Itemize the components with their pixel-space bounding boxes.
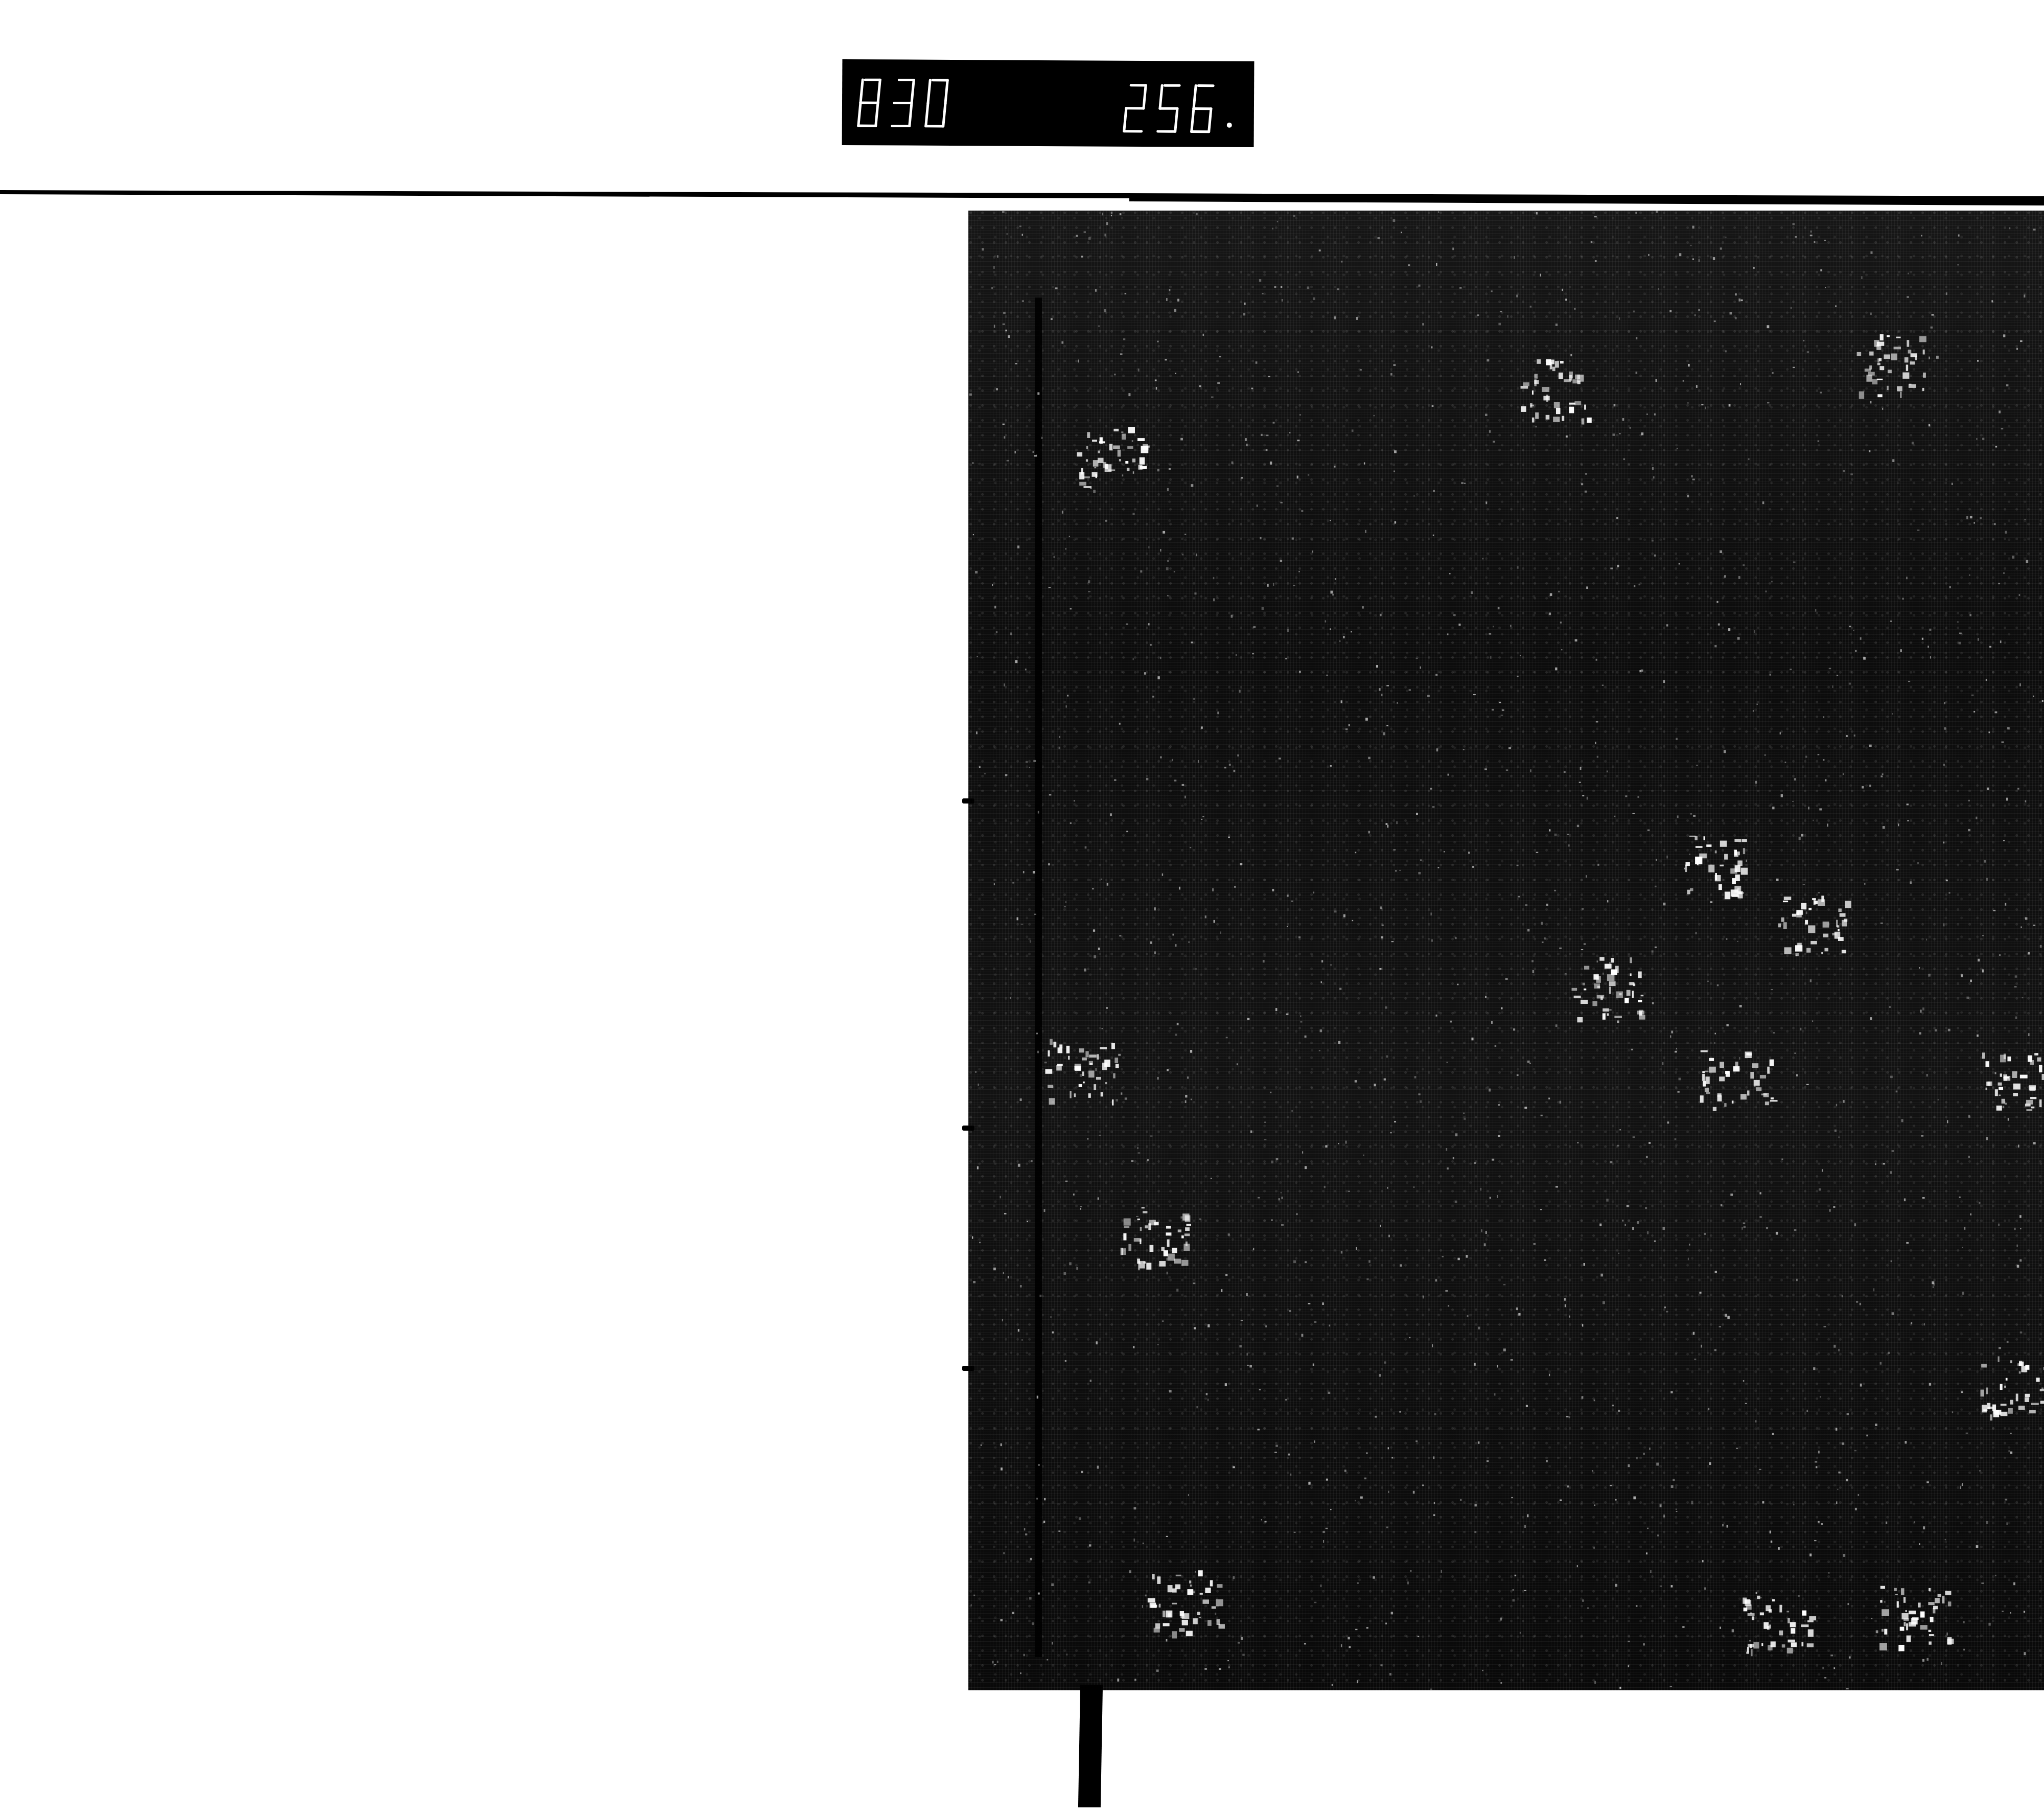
top-rule-line <box>0 190 2044 211</box>
frame-counter-display: 830 256. <box>842 59 1255 147</box>
led-digits <box>842 59 1255 147</box>
bookmark-ribbon <box>1078 1685 1103 1807</box>
book-cover <box>968 211 2044 1690</box>
cover-wear-specks <box>968 211 2044 1690</box>
